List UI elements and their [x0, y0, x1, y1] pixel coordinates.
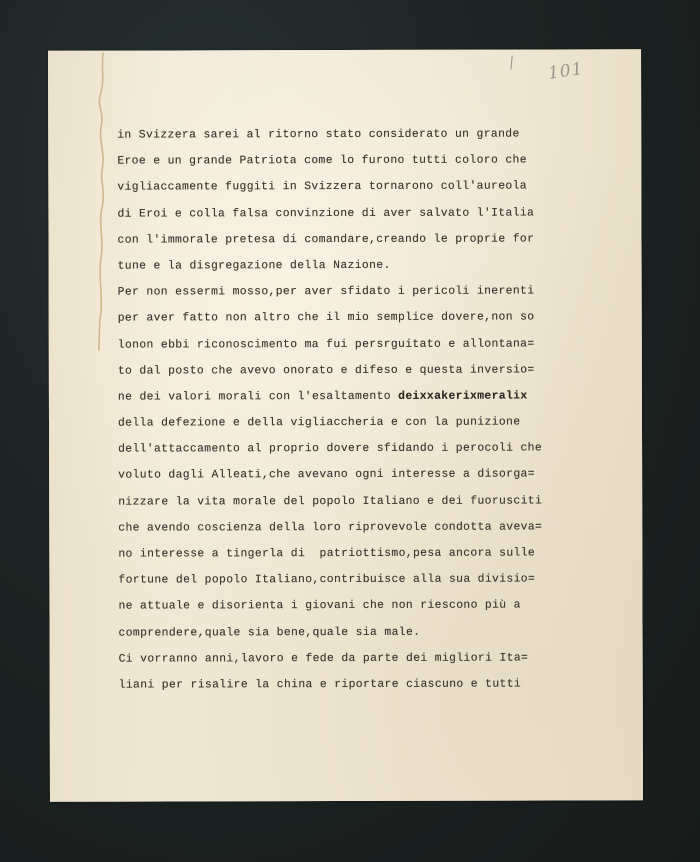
text-line: dell'attaccamento al proprio dovere sfid…: [118, 436, 542, 463]
struck-out-text: deixxakerixmeralix: [398, 390, 527, 402]
text-line: lonon ebbi riconoscimento ma fui persrgu…: [118, 331, 542, 358]
text-line: no interesse a tingerla di patriottismo,…: [118, 540, 542, 567]
text-line: vigliaccamente fuggiti in Svizzera torna…: [117, 174, 541, 201]
text-line: che avendo coscienza della loro riprovev…: [118, 514, 542, 541]
torn-edge-stain: [95, 51, 112, 351]
text-segment: ne dei valori morali con l'esaltamento: [118, 391, 398, 404]
text-line: nizzare la vita morale del popolo Italia…: [118, 488, 542, 515]
text-line: Ci vorranno anni,lavoro e fede da parte …: [119, 645, 543, 672]
pencil-mark: [510, 56, 512, 70]
text-line: della defezione e della vigliaccheria e …: [118, 410, 542, 437]
text-line: comprendere,quale sia bene,quale sia mal…: [119, 619, 543, 646]
text-line: liani per risalire la china e riportare …: [119, 671, 543, 698]
text-line: in Svizzera sarei al ritorno stato consi…: [117, 121, 541, 148]
text-line: voluto dagli Alleati,che avevano ogni in…: [118, 462, 542, 489]
text-line: Per non essermi mosso,per aver sfidato i…: [118, 279, 542, 306]
text-line-with-strikeout: ne dei valori morali con l'esaltamento d…: [118, 383, 542, 410]
text-line: Eroe e un grande Patriota come lo furono…: [117, 148, 541, 175]
typewritten-body: in Svizzera sarei al ritorno stato consi…: [117, 121, 542, 698]
text-line: con l'immorale pretesa di comandare,crea…: [117, 226, 541, 253]
text-line: ne attuale e disorienta i giovani che no…: [118, 593, 542, 620]
document-page: 101 in Svizzera sarei al ritorno stato c…: [48, 49, 643, 802]
text-line: di Eroi e colla falsa convinzione di ave…: [117, 200, 541, 227]
text-line: fortune del popolo Italiano,contribuisce…: [118, 567, 542, 594]
text-line: tune e la disgregazione della Nazione.: [118, 252, 542, 279]
handwritten-page-number: 101: [547, 59, 585, 84]
text-line: to dal posto che avevo onorato e difeso …: [118, 357, 542, 384]
text-line: per aver fatto non altro che il mio semp…: [118, 305, 542, 332]
